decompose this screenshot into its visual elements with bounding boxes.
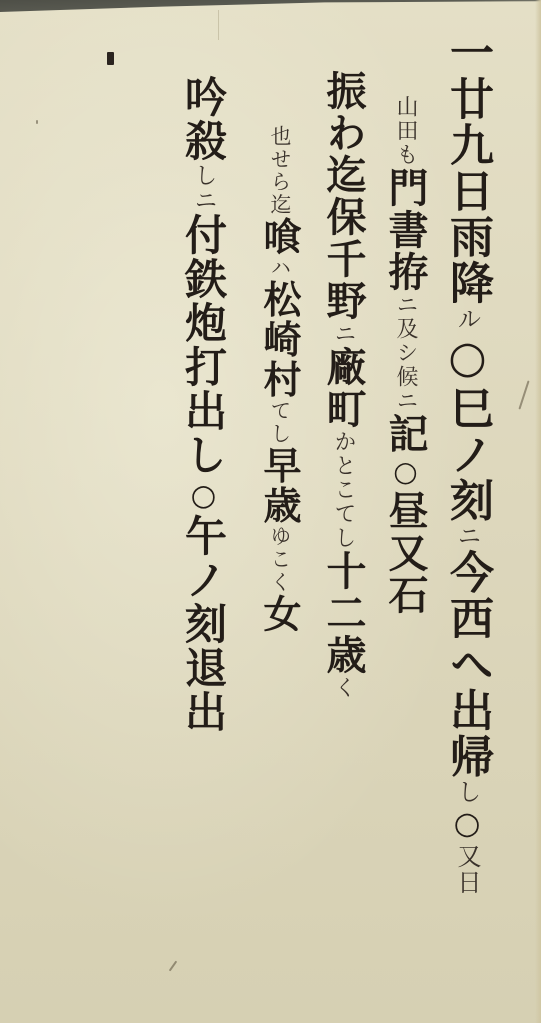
column-2-document: 門書拵 bbox=[382, 167, 429, 293]
column-4-woman: 女 bbox=[257, 594, 302, 634]
column-4-kana: てし bbox=[267, 400, 291, 446]
stray-stroke bbox=[169, 961, 178, 972]
column-1-time: ○巳ノ刻 bbox=[442, 332, 493, 523]
manuscript-page: 一廿九日雨降ル○巳ノ刻ニ今西へ出帰し○又日 山田も門書拵ニ及シ候ニ記○昼又石 振… bbox=[0, 0, 541, 1023]
column-3-kana: かとこてし bbox=[331, 430, 356, 550]
column-3-town: 廠町 bbox=[320, 346, 367, 430]
column-5-attach: 付 bbox=[179, 213, 228, 257]
text-column-2: 山田も門書拵ニ及シ候ニ記○昼又石 bbox=[385, 95, 425, 616]
ink-blot bbox=[107, 52, 114, 65]
text-column-3: 振わ迄保千野ニ廠町かとこてし十二歳く bbox=[323, 70, 363, 700]
page-right-edge bbox=[535, 0, 541, 1023]
column-3-age-number: 十二 bbox=[320, 550, 367, 634]
text-column-4: 也せら迄喰ハ松崎村てし早歳ゆこく女 bbox=[260, 125, 298, 634]
column-3-tail: く bbox=[331, 676, 356, 700]
column-2-name: 山田も bbox=[393, 95, 418, 167]
text-column-1: 一廿九日雨降ル○巳ノ刻ニ今西へ出帰し○又日 bbox=[445, 30, 489, 896]
stray-stroke bbox=[36, 120, 38, 124]
column-2-record: 記 bbox=[382, 413, 429, 455]
column-5-kana: しニ bbox=[190, 163, 216, 213]
column-1-okurigana: ル bbox=[453, 306, 481, 332]
column-1-particle: ニ bbox=[453, 523, 481, 549]
text-column-5: 吟殺しニ付鉄炮打出し○午ノ刻退出 bbox=[182, 75, 224, 734]
column-1-kana: し bbox=[453, 779, 481, 805]
column-1-circle-mark: ○ bbox=[449, 806, 485, 844]
column-1-tail: 又日 bbox=[453, 844, 481, 896]
column-3-particle: ニ bbox=[331, 322, 356, 346]
column-3-age-unit: 歳 bbox=[320, 634, 367, 676]
column-5-head: 吟殺 bbox=[179, 75, 228, 163]
column-3-place: 保千野 bbox=[320, 196, 367, 322]
column-1-action: 今西へ出帰 bbox=[442, 549, 493, 779]
column-5-gun: 鉄炮打 bbox=[179, 257, 228, 389]
column-5-time: 午ノ刻 bbox=[179, 514, 228, 646]
column-5-circle-mark: ○ bbox=[186, 477, 221, 514]
column-1-item-mark: 一 bbox=[442, 30, 493, 76]
stray-stroke bbox=[518, 380, 529, 409]
column-2-tail: 昼又石 bbox=[382, 490, 429, 616]
column-5-withdraw: 退出 bbox=[179, 646, 228, 734]
column-4-age: 早歳 bbox=[257, 445, 302, 525]
column-4-kana-2: ゆこく bbox=[267, 525, 291, 594]
column-4-eat: 喰 bbox=[257, 217, 302, 257]
column-4-village: 松崎村 bbox=[257, 280, 302, 400]
column-1-date-weather: 廿九日雨降 bbox=[442, 76, 493, 306]
column-2-circle-mark: ○ bbox=[389, 455, 422, 490]
column-2-kana: ニ及シ候ニ bbox=[393, 293, 418, 413]
page-top-edge bbox=[0, 0, 541, 12]
column-3-head: 振わ迄 bbox=[320, 70, 367, 196]
column-5-out: 出し bbox=[179, 389, 228, 477]
paper-crease bbox=[218, 10, 219, 40]
column-4-particle: ハ bbox=[267, 257, 291, 280]
column-4-head: 也せら迄 bbox=[267, 125, 291, 217]
